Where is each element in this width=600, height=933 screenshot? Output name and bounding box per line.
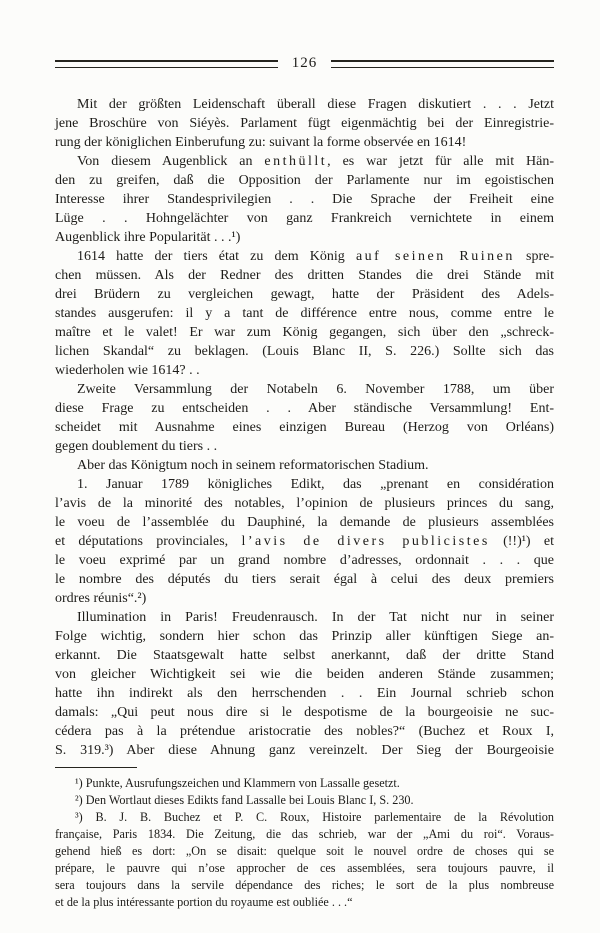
text-line: française, Paris 1834. Die Zeitung, die … (55, 826, 554, 843)
text-line: Lüge . . Hohngelächter von ganz Frankrei… (55, 209, 554, 228)
text-line: von gleicher Wichtigkeit sei wie die bei… (55, 665, 554, 684)
text-segment: et de la plus intéressante portion du ro… (55, 895, 353, 909)
text-segment: (!!)¹) et (490, 534, 554, 549)
text-line: Mit der größten Leidenschaft überall die… (55, 95, 554, 114)
text-segment: et députations provinciales, (55, 534, 241, 549)
header-rule-left (55, 60, 278, 68)
text-segment: wiederholen wie 1614? . . (55, 363, 200, 378)
text-line: le nombre des députés du tiers serait ég… (55, 570, 554, 589)
page-number: 126 (278, 56, 332, 70)
text-line: et députations provinciales, l’avis de d… (55, 532, 554, 551)
text-segment: 1614 hatte der tiers état zu dem König (77, 249, 356, 264)
text-line: Aber das Königtum noch in seinem reforma… (55, 456, 554, 475)
text-segment: Von diesem Augenblick an (77, 154, 264, 169)
paragraph: ¹) Punkte, Ausrufungszeichen und Klammer… (55, 775, 554, 792)
text-segment: gehend hieß es dort: „On se disait: quel… (55, 844, 554, 858)
text-line: diese Frage zu entscheiden . . Aber stän… (55, 399, 554, 418)
text-line: le voeu exprimé par un grand nombre d’ad… (55, 551, 554, 570)
letterspaced-text: l’avis de divers publicistes (241, 534, 489, 549)
text-line: damals: „Qui peut nous dire si le despot… (55, 703, 554, 722)
text-line: l’avis de la minorité des notables, l’op… (55, 494, 554, 513)
text-line: Zweite Versammlung der Notabeln 6. Novem… (55, 380, 554, 399)
text-segment: chen müssen. Als der Redner des dritten … (55, 268, 554, 283)
text-line: maître et le valet! Er war zum König geg… (55, 323, 554, 342)
text-segment: spre- (515, 249, 554, 264)
book-page: 126 Mit der größten Leidenschaft überall… (0, 0, 600, 933)
text-segment: maître et le valet! Er war zum König geg… (55, 325, 554, 340)
text-segment: diese Frage zu entscheiden . . Aber stän… (55, 401, 554, 416)
text-segment: Illumination in Paris! Freudenrausch. In… (77, 610, 554, 625)
text-segment: ³) B. J. B. Buchez et P. C. Roux, Histoi… (75, 810, 554, 824)
text-segment: sera toujours dans la servile dépendance… (55, 878, 554, 892)
text-line: gehend hieß es dort: „On se disait: quel… (55, 843, 554, 860)
text-line: ²) Den Wortlaut dieses Edikts fand Lassa… (55, 792, 554, 809)
text-segment: ²) Den Wortlaut dieses Edikts fand Lassa… (75, 793, 414, 807)
text-segment: Aber das Königtum noch in seinem reforma… (77, 458, 428, 473)
text-line: scheidet mit Ausnahme eines einzigen Bur… (55, 418, 554, 437)
text-segment: den zu greifen, daß die Opposition der P… (55, 173, 554, 188)
text-segment: Augenblick ihre Popularität . . .¹) (55, 230, 240, 245)
text-segment: 1. Januar 1789 königliches Edikt, das „p… (77, 477, 554, 492)
text-segment: , es war jetzt für alle mit Hän- (327, 154, 554, 169)
text-segment: jene Broschüre von Siéyès. Parlament füg… (55, 116, 554, 131)
paragraph: Illumination in Paris! Freudenrausch. In… (55, 608, 554, 760)
text-segment: le nombre des députés du tiers serait ég… (55, 572, 554, 587)
text-segment: prépare, le pauvre qui n’ose approcher d… (55, 861, 554, 875)
body-text: Mit der größten Leidenschaft überall die… (55, 95, 554, 760)
text-line: Interesse ihrer Standesprivilegien . . D… (55, 190, 554, 209)
text-line: lichen Skandal“ zu beklagen. (Louis Blan… (55, 342, 554, 361)
footnotes-text: ¹) Punkte, Ausrufungszeichen und Klammer… (55, 775, 554, 911)
paragraph: ²) Den Wortlaut dieses Edikts fand Lassa… (55, 792, 554, 809)
paragraph: Zweite Versammlung der Notabeln 6. Novem… (55, 380, 554, 456)
text-line: rung der königlichen Einberufung zu: sui… (55, 133, 554, 152)
paragraph: 1. Januar 1789 königliches Edikt, das „p… (55, 475, 554, 608)
text-segment: cédera pas à la prétendue aristocratie d… (55, 724, 554, 739)
text-segment: damals: „Qui peut nous dire si le despot… (55, 705, 554, 720)
text-segment: le voeu de l’assemblée du Dauphiné, la d… (55, 515, 554, 530)
text-line: 1. Januar 1789 königliches Edikt, das „p… (55, 475, 554, 494)
text-line: wiederholen wie 1614? . . (55, 361, 554, 380)
text-line: jene Broschüre von Siéyès. Parlament füg… (55, 114, 554, 133)
header-rule-right (331, 60, 554, 68)
paragraph: Von diesem Augenblick an enthüllt, es wa… (55, 152, 554, 247)
text-segment: ¹) Punkte, Ausrufungszeichen und Klammer… (75, 776, 400, 790)
text-line: ordres réunis“.²) (55, 589, 554, 608)
text-line: cédera pas à la prétendue aristocratie d… (55, 722, 554, 741)
running-head: 126 (55, 57, 554, 71)
text-segment: von gleicher Wichtigkeit sei wie die bei… (55, 667, 554, 682)
text-line: 1614 hatte der tiers état zu dem König a… (55, 247, 554, 266)
text-segment: le voeu exprimé par un grand nombre d’ad… (55, 553, 554, 568)
text-line: den zu greifen, daß die Opposition der P… (55, 171, 554, 190)
text-line: et de la plus intéressante portion du ro… (55, 894, 554, 911)
text-line: prépare, le pauvre qui n’ose approcher d… (55, 860, 554, 877)
footnote-separator (55, 767, 137, 768)
text-line: Augenblick ihre Popularität . . .¹) (55, 228, 554, 247)
text-line: chen müssen. Als der Redner des dritten … (55, 266, 554, 285)
paragraph: 1614 hatte der tiers état zu dem König a… (55, 247, 554, 380)
text-line: sera toujours dans la servile dépendance… (55, 877, 554, 894)
text-segment: Interesse ihrer Standesprivilegien . . D… (55, 192, 554, 207)
paragraph: ³) B. J. B. Buchez et P. C. Roux, Histoi… (55, 809, 554, 911)
text-segment: Mit der größten Leidenschaft überall die… (77, 97, 554, 112)
text-line: le voeu de l’assemblée du Dauphiné, la d… (55, 513, 554, 532)
text-segment: Zweite Versammlung der Notabeln 6. Novem… (77, 382, 554, 397)
text-line: erkannt. Die Staatsgewalt hatte selbst a… (55, 646, 554, 665)
text-line: Folge wichtig, sondern hier schon das Pr… (55, 627, 554, 646)
text-segment: erkannt. Die Staatsgewalt hatte selbst a… (55, 648, 554, 663)
text-line: Von diesem Augenblick an enthüllt, es wa… (55, 152, 554, 171)
text-line: S. 319.³) Aber diese Ahnung ganz vereinz… (55, 741, 554, 760)
text-line: gegen doublement du tiers . . (55, 437, 554, 456)
text-segment: Folge wichtig, sondern hier schon das Pr… (55, 629, 554, 644)
text-line: ¹) Punkte, Ausrufungszeichen und Klammer… (55, 775, 554, 792)
text-line: ³) B. J. B. Buchez et P. C. Roux, Histoi… (55, 809, 554, 826)
paragraph: Mit der größten Leidenschaft überall die… (55, 95, 554, 152)
letterspaced-text: auf seinen Ruinen (356, 249, 515, 264)
text-segment: l’avis de la minorité des notables, l’op… (55, 496, 554, 511)
paragraph: Aber das Königtum noch in seinem reforma… (55, 456, 554, 475)
text-line: drei Brüdern zu vergleichen gewagt, hatt… (55, 285, 554, 304)
letterspaced-text: enthüllt (264, 154, 327, 169)
text-segment: ordres réunis“.²) (55, 591, 146, 606)
text-line: Illumination in Paris! Freudenrausch. In… (55, 608, 554, 627)
text-segment: gegen doublement du tiers . . (55, 439, 217, 454)
text-segment: rung der königlichen Einberufung zu: sui… (55, 135, 466, 150)
text-line: standes ausgerufen: il y a tant de diffé… (55, 304, 554, 323)
text-segment: lichen Skandal“ zu beklagen. (Louis Blan… (55, 344, 554, 359)
text-segment: S. 319.³) Aber diese Ahnung ganz vereinz… (55, 743, 554, 758)
text-segment: scheidet mit Ausnahme eines einzigen Bur… (55, 420, 554, 435)
text-segment: drei Brüdern zu vergleichen gewagt, hatt… (55, 287, 554, 302)
text-segment: Lüge . . Hohngelächter von ganz Frankrei… (55, 211, 554, 226)
text-segment: hatte ihn indirekt als den herrschenden … (55, 686, 554, 701)
text-line: hatte ihn indirekt als den herrschenden … (55, 684, 554, 703)
text-segment: française, Paris 1834. Die Zeitung, die … (55, 827, 554, 841)
text-segment: standes ausgerufen: il y a tant de diffé… (55, 306, 554, 321)
